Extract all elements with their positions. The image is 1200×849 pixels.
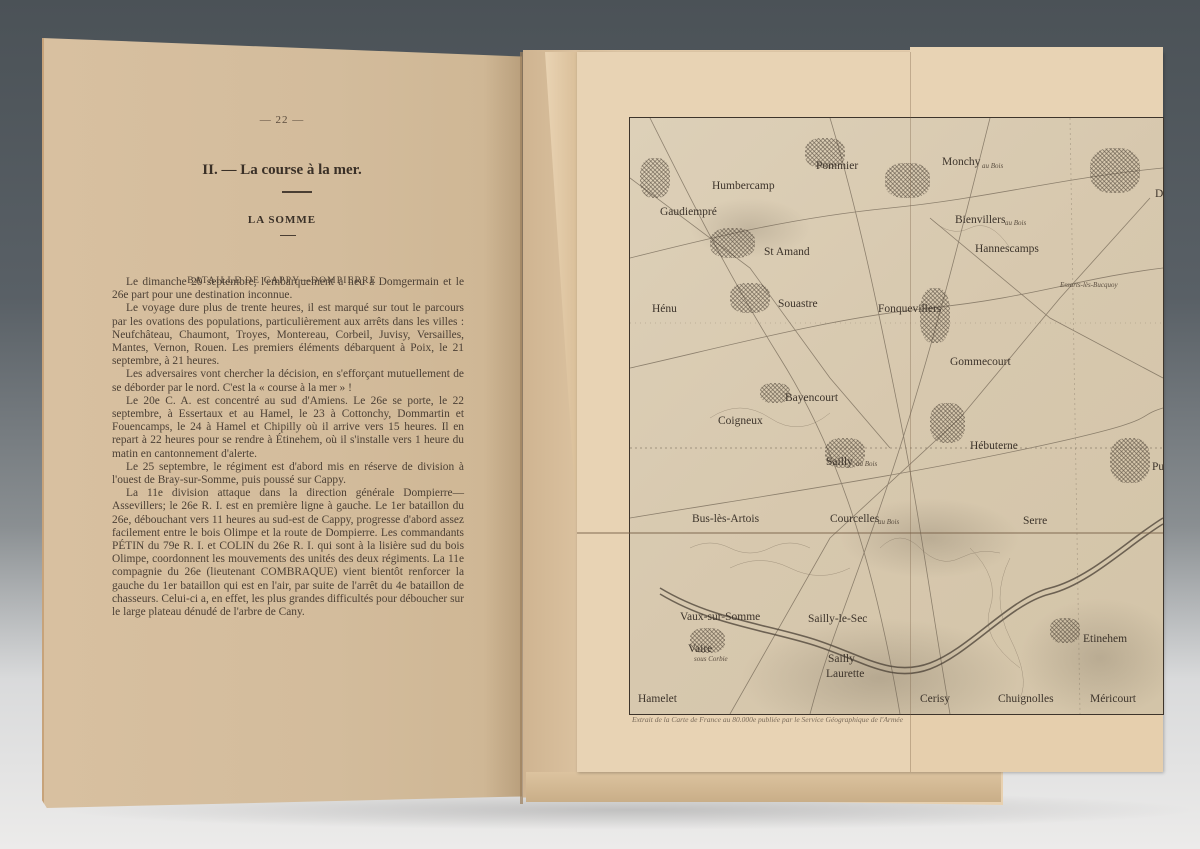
topographic-map: PommierHumbercampGaudiempréSt AmandMonch… bbox=[629, 117, 1164, 715]
map-place-label: Bienvillers bbox=[955, 214, 1005, 226]
paragraph: Le dimanche 20 septembre, l'embarquement… bbox=[112, 276, 464, 302]
map-fold-line bbox=[577, 532, 1163, 534]
paragraph: Le 20e C. A. est concentré au sud d'Amie… bbox=[112, 395, 464, 461]
map-credit: Extrait de la Carte de France au 80.000e… bbox=[632, 715, 903, 724]
map-place-label: Bus-lès-Artois bbox=[692, 513, 759, 525]
map-insert-lower-panel bbox=[910, 712, 1163, 772]
map-place-label: Courcelles bbox=[830, 513, 879, 525]
village-marker bbox=[1110, 438, 1150, 483]
map-place-label: au Bois bbox=[1005, 219, 1026, 227]
title-rule bbox=[282, 191, 312, 193]
map-place-label: Do bbox=[1155, 188, 1164, 200]
paragraph: Le voyage dure plus de trente heures, il… bbox=[112, 302, 464, 368]
map-place-label: Pu bbox=[1152, 461, 1164, 473]
map-place-label: Humbercamp bbox=[712, 180, 775, 192]
map-place-label: Cerisy bbox=[920, 693, 950, 705]
page-bottom-edge bbox=[526, 772, 1001, 802]
paragraph: La 11e division attaque dans la directio… bbox=[112, 487, 464, 619]
map-place-label: Hamelet bbox=[638, 693, 677, 705]
map-place-label: Etinehem bbox=[1083, 633, 1127, 645]
page-number: — 22 — bbox=[42, 114, 522, 126]
map-place-label: Souastre bbox=[778, 298, 818, 310]
body-text: Le dimanche 20 septembre, l'embarquement… bbox=[112, 276, 464, 619]
left-page: — 22 — II. — La course à la mer. LA SOMM… bbox=[42, 38, 522, 808]
map-place-label: sous Corbie bbox=[694, 655, 728, 663]
map-place-label: Laurette bbox=[826, 668, 864, 680]
map-place-label: Vaux-sur-Somme bbox=[680, 611, 760, 623]
map-place-label: au Bois bbox=[982, 162, 1003, 170]
map-place-label: Bayencourt bbox=[785, 392, 838, 404]
map-place-label: Hébuterne bbox=[970, 440, 1018, 452]
map-place-label: Monchy bbox=[942, 156, 980, 168]
map-place-label: Hénu bbox=[652, 303, 677, 315]
map-place-label: Méricourt bbox=[1090, 693, 1136, 705]
map-place-label: Hannescamps bbox=[975, 243, 1039, 255]
village-marker bbox=[920, 288, 950, 343]
map-insert-top-panel bbox=[910, 47, 1163, 53]
village-marker bbox=[1050, 618, 1080, 643]
village-marker bbox=[885, 163, 930, 198]
map-place-label: au Bois bbox=[856, 460, 877, 468]
map-place-label: Sailly bbox=[828, 653, 855, 665]
paragraph: Le 25 septembre, le régiment est d'abord… bbox=[112, 461, 464, 487]
map-fold-line bbox=[910, 52, 911, 772]
map-place-label: St Amand bbox=[764, 246, 810, 258]
map-place-label: Vaire bbox=[688, 643, 712, 655]
map-place-label: Gaudiempré bbox=[660, 206, 717, 218]
map-place-label: Chuignolles bbox=[998, 693, 1054, 705]
map-place-label: Coigneux bbox=[718, 415, 763, 427]
chapter-title: II. — La course à la mer. bbox=[42, 162, 522, 179]
map-place-label: Sailly-le-Sec bbox=[808, 613, 867, 625]
section-title: LA SOMME bbox=[42, 214, 522, 226]
map-place-label: Pommier bbox=[816, 160, 858, 172]
book-gutter bbox=[520, 52, 523, 804]
village-marker bbox=[640, 158, 670, 198]
village-marker bbox=[730, 283, 770, 313]
village-marker bbox=[1090, 148, 1140, 193]
section-rule bbox=[280, 235, 296, 236]
map-place-label: Sailly bbox=[826, 456, 853, 468]
map-place-label: Essarts-lès-Bucquoy bbox=[1060, 281, 1118, 289]
paragraph: Les adversaires vont chercher la décisio… bbox=[112, 368, 464, 394]
village-marker bbox=[710, 228, 755, 258]
map-place-label: au Bois bbox=[878, 518, 899, 526]
village-marker bbox=[930, 403, 965, 443]
map-place-label: Serre bbox=[1023, 515, 1047, 527]
map-place-label: Gommecourt bbox=[950, 356, 1011, 368]
